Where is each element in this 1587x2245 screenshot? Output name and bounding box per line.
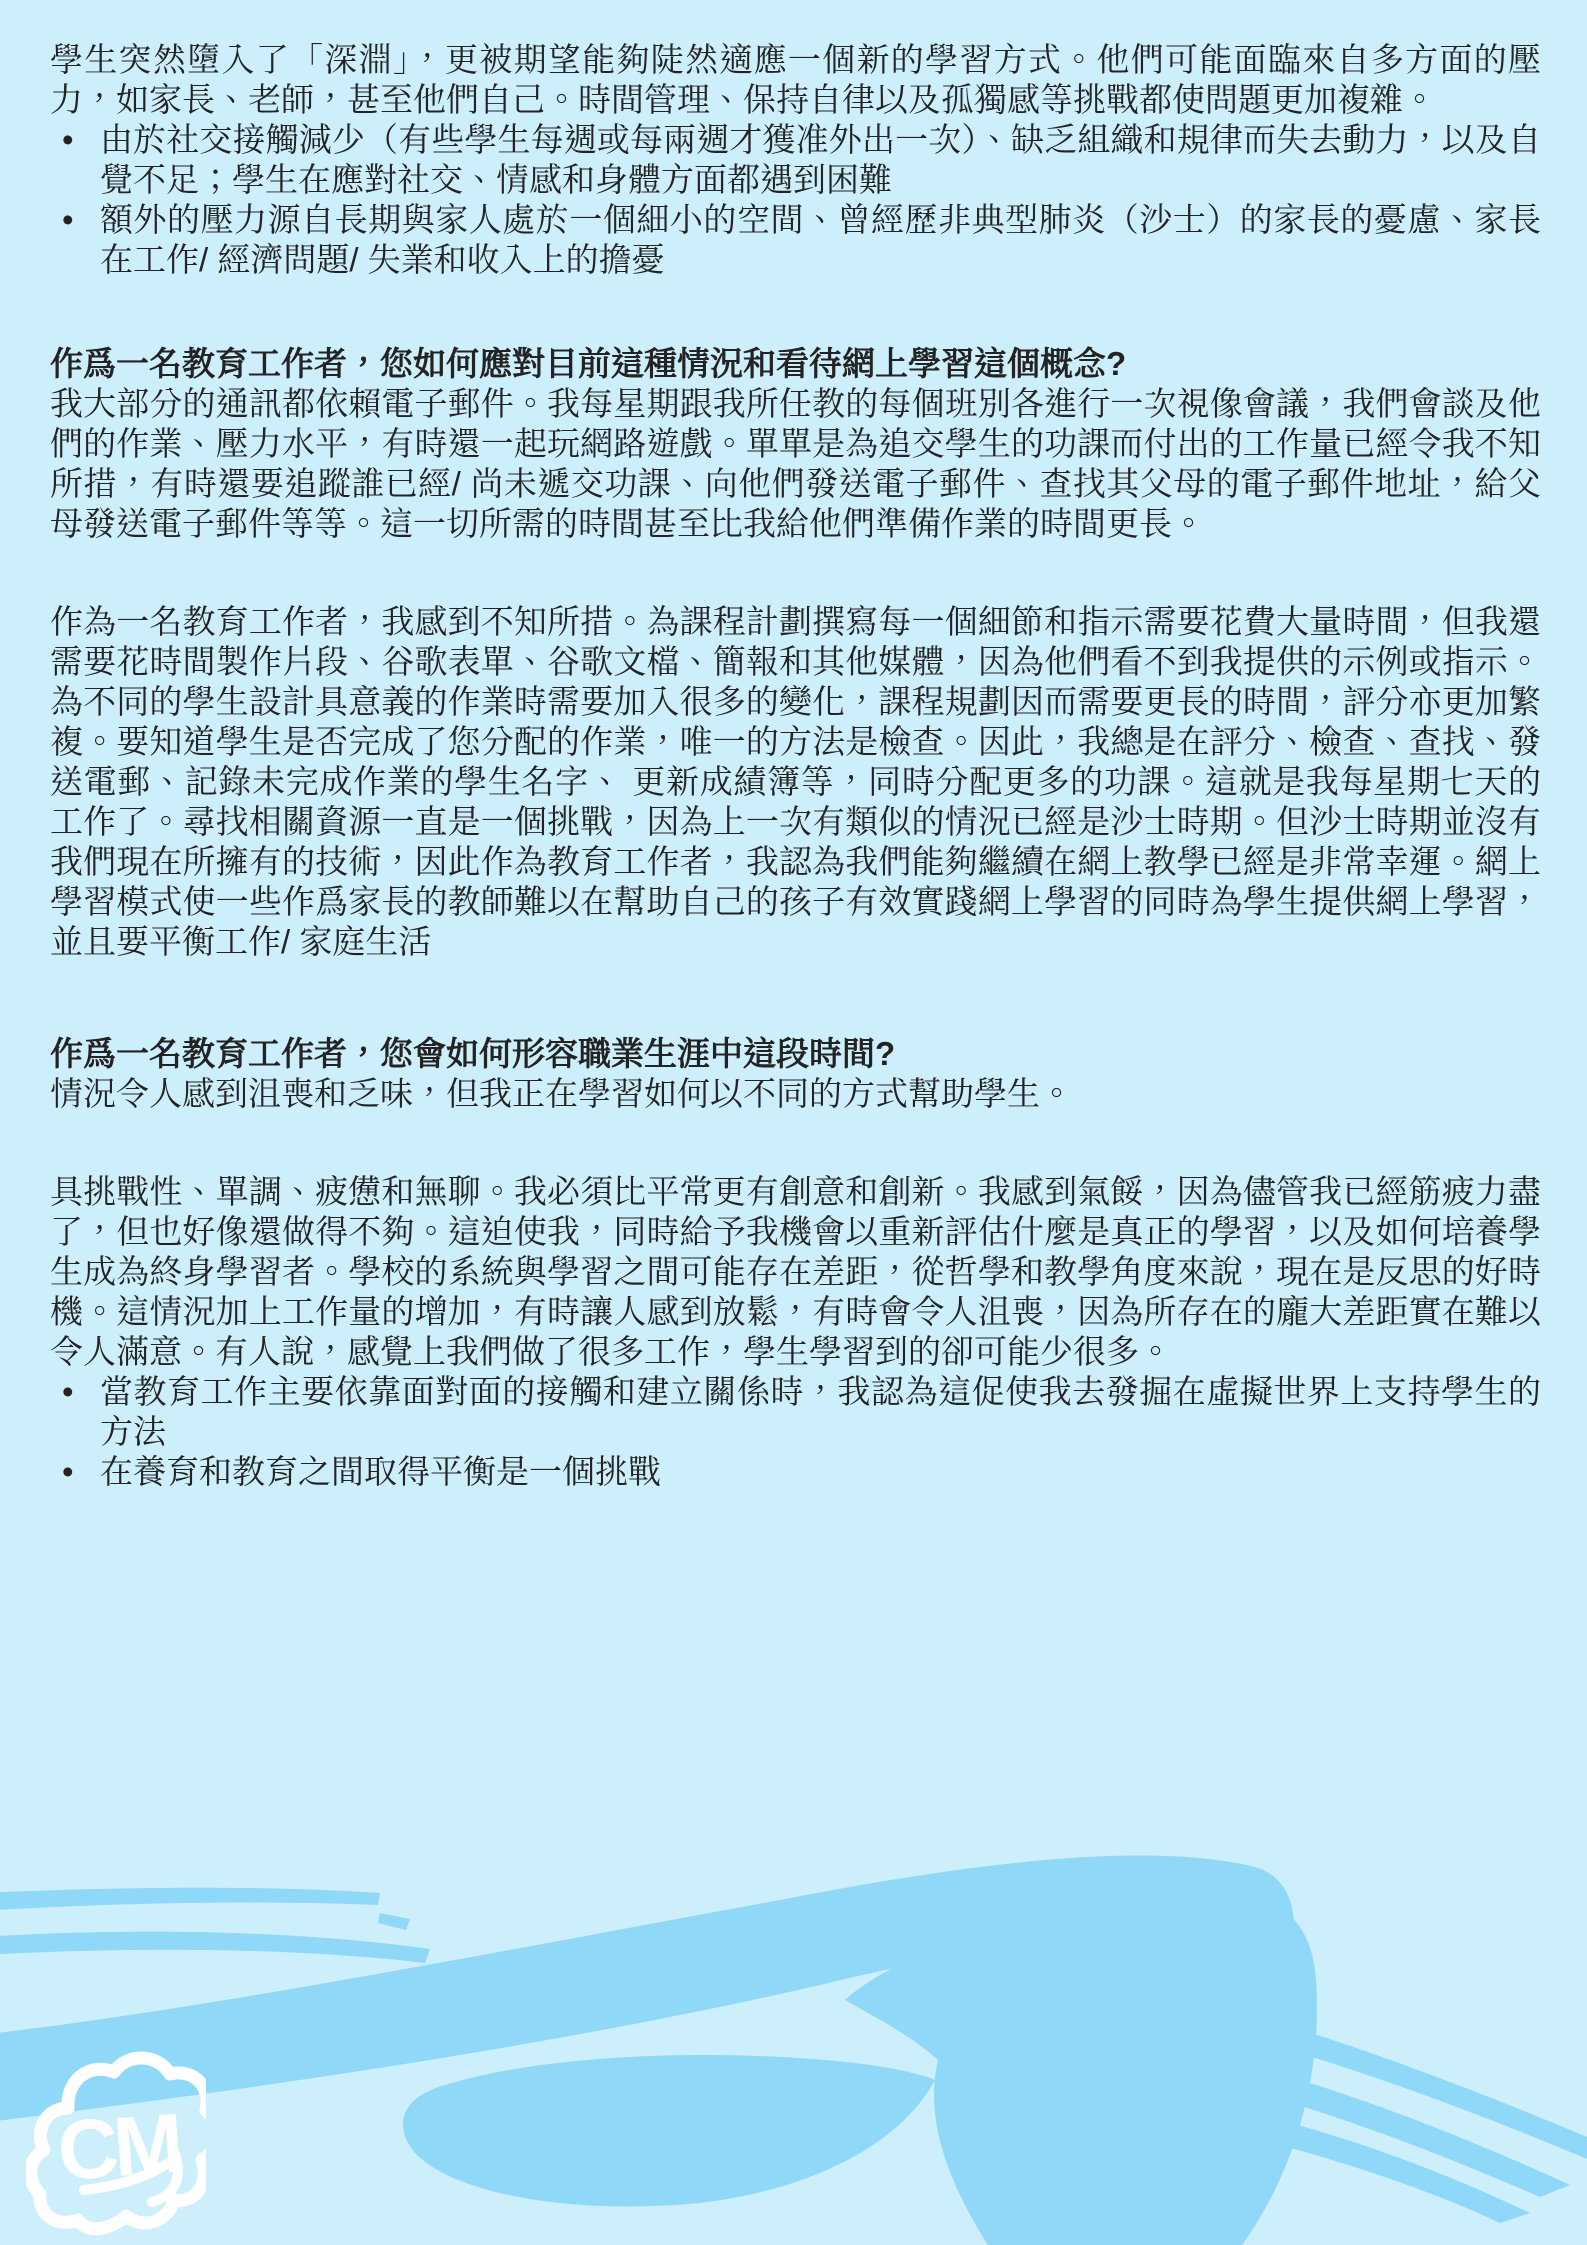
question-2-bullet-list: 當教育工作主要依靠面對面的接觸和建立關係時，我認為這促使我去發掘在虛擬世界上支持… [50,1372,1541,1492]
intro-paragraph: 學生突然墮入了「深淵」，更被期望能夠陡然適應一個新的學習方式。他們可能面臨來自多… [50,40,1541,120]
brush-streak-right-3 [1250,2115,1530,2223]
list-item: 額外的壓力源自長期與家人處於一個細小的空間、曾經歷非典型肺炎（沙士）的家長的憂慮… [50,200,1541,280]
question-2-answer-paragraph-2: 具挑戰性、單調、疲憊和無聊。我必須比平常更有創意和創新。我感到氣餒，因為儘管我已… [50,1172,1541,1372]
question-2-heading: 作爲一名教育工作者，您會如何形容職業生涯中這段時間? [50,1034,1541,1074]
list-item: 由於社交接觸減少（有些學生每週或每兩週才獲准外出一次）、缺乏組織和規律而失去動力… [50,120,1541,200]
cm-logo: CM [26,1994,206,2239]
document-page: 學生突然墮入了「深淵」，更被期望能夠陡然適應一個新的學習方式。他們可能面臨來自多… [0,0,1587,2245]
article: 學生突然墮入了「深淵」，更被期望能夠陡然適應一個新的學習方式。他們可能面臨來自多… [50,40,1541,1492]
brush-streak-right-2 [1180,2050,1570,2197]
brush-fold [845,1893,1317,2245]
question-1-answer-paragraph-1: 我大部分的通訊都依賴電子郵件。我每星期跟我所任教的每個班別各進行一次視像會議，我… [50,384,1541,544]
brush-stroke-graphic [0,1845,1587,2245]
list-item: 當教育工作主要依靠面對面的接觸和建立關係時，我認為這促使我去發掘在虛擬世界上支持… [50,1372,1541,1452]
brush-streak-left-2 [0,1932,430,1963]
list-item: 在養育和教育之間取得平衡是一個挑戰 [50,1452,1541,1492]
intro-bullet-list: 由於社交接觸減少（有些學生每週或每兩週才獲准外出一次）、缺乏組織和規律而失去動力… [50,120,1541,280]
question-1-answer-paragraph-2: 作為一名教育工作者，我感到不知所措。為課程計劃撰寫每一個細節和指示需要花費大量時… [50,602,1541,962]
brush-flare [403,2055,935,2206]
brush-streak-left-1 [0,1888,380,1911]
question-1-heading: 作爲一名教育工作者，您如何應對目前這種情況和看待網上學習這個概念? [50,344,1541,384]
question-2-answer-paragraph-1: 情況令人感到沮喪和乏味，但我正在學習如何以不同的方式幫助學生。 [50,1074,1541,1114]
brush-streak-right-1 [1130,1985,1587,2159]
brush-streak-left-dot [378,1913,410,1930]
